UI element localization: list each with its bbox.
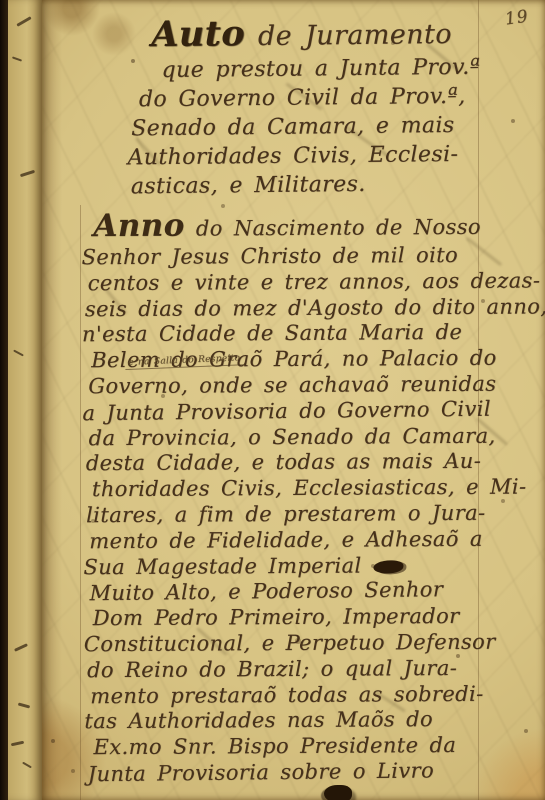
heading-line: que prestou a Junta Prov.ª	[161, 53, 480, 85]
manuscript-line: Muito Alto, e Poderoso Senhor	[89, 577, 486, 607]
body-lead-word: Anno	[93, 208, 185, 245]
manuscript-line: desta Cidade, e todas as mais Au-	[86, 449, 486, 477]
manuscript-line: seis dias do mez d'Agosto do dito anno,	[85, 294, 485, 322]
body-line-rest: do Nascimento de Nosso	[185, 215, 481, 241]
manuscript-line: Constitucional, e Perpetuo Defensor	[84, 630, 487, 658]
manuscript-line: Senhor Jesus Christo de mil oito	[81, 243, 484, 271]
manuscript-line: Anno do Nascimento de Nosso	[93, 209, 484, 245]
ink-stray-mark	[13, 350, 24, 357]
manuscript-line: mento de Fidelidade, e Adhesaõ a	[89, 527, 486, 555]
ink-stray-mark	[14, 643, 28, 652]
manuscript-line: n'esta Cidade de Santa Maria de	[82, 320, 485, 348]
ink-stray-mark	[20, 170, 35, 177]
book-gutter-shadow	[0, 0, 8, 800]
manuscript-line: Junta Provisoria sobre o Livro	[88, 758, 488, 788]
document-body: Anno do Nascimento de Nosso Senhor Jesus…	[84, 209, 488, 787]
manuscript-line: thoridades Civis, Ecclesiasticas, e Mi-	[92, 475, 486, 503]
manuscript-line: a Junta Provisoria do Governo Civil	[82, 397, 485, 427]
ink-stray-mark	[22, 762, 32, 769]
manuscript-line: mento prestaraõ todas as sobredi-	[90, 681, 487, 709]
manuscript-line: Ex.mo Snr. Bispo Presidente da	[93, 733, 487, 761]
ink-blot-bottom	[324, 785, 352, 800]
heading-line: asticas, e Militares.	[131, 169, 482, 202]
ink-stray-mark	[16, 16, 31, 27]
heading-line: Auto de Juramento	[151, 13, 480, 56]
manuscript-photo: 19 Auto de Juramento que prestou a Junta…	[0, 0, 545, 800]
heading-emphasis-word: Auto	[151, 13, 245, 55]
paper-foxing-specks	[42, 0, 44, 2]
page-number: 19	[504, 6, 530, 29]
heading-line: Senado da Camara, e mais	[131, 111, 481, 144]
heading-line-rest: de Juramento	[245, 19, 452, 52]
heading-line: Authoridades Civis, Ecclesi-	[127, 140, 481, 173]
manuscript-line: da Provincia, o Senado da Camara,	[89, 423, 486, 451]
ink-stray-mark	[18, 702, 30, 708]
manuscript-line: Sua Magestade Imperial	[83, 552, 486, 580]
adjacent-page-edge	[8, 0, 42, 800]
ink-stray-mark	[11, 741, 24, 747]
manuscript-line: tas Authoridades nas Maõs do	[84, 707, 487, 735]
manuscript-line: Governo, onde se achavaõ reunidas	[88, 372, 485, 400]
heading-line: do Governo Civil da Prov.ª,	[139, 82, 481, 115]
body-lines: Senhor Jesus Christo de mil oitocentos e…	[84, 243, 487, 787]
heading-lines: que prestou a Junta Prov.ªdo Governo Civ…	[42, 53, 482, 203]
manuscript-line: do Reino do Brazil; o qual Jura-	[87, 656, 487, 684]
manuscript-line: litares, a fim de prestarem o Jura-	[86, 501, 486, 529]
manuscript-line: centos e vinte e trez annos, aos dezas-	[88, 269, 485, 297]
ink-stray-mark	[12, 56, 22, 61]
margin-rule-left	[80, 205, 81, 800]
manuscript-line: Dom Pedro Primeiro, Imperador	[93, 604, 487, 632]
document-heading: Auto de Juramento que prestou a Junta Pr…	[42, 13, 482, 203]
manuscript-page: 19 Auto de Juramento que prestou a Junta…	[42, 0, 545, 800]
